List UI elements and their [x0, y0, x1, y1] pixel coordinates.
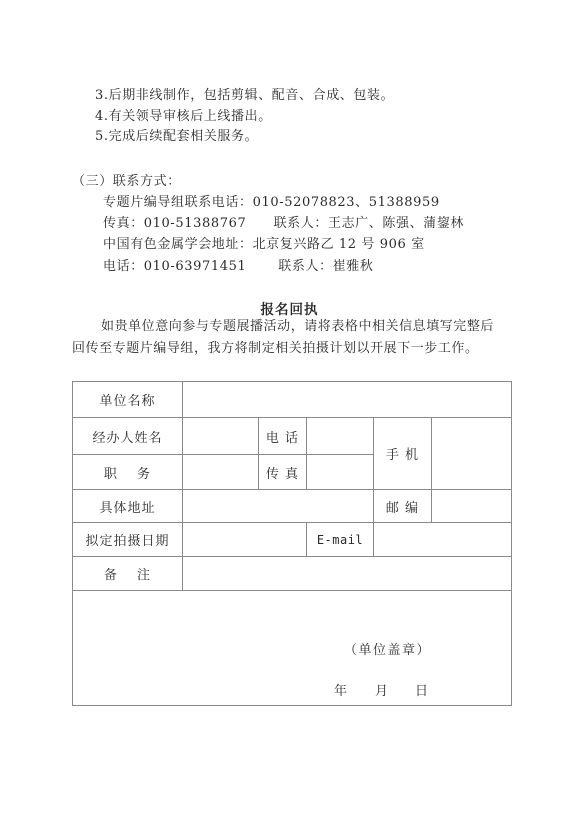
- registration-form-table: 单位名称 经办人姓名 电 话 手 机 职 务 传 真 具体地址 邮 编 拟定拍摄…: [72, 381, 512, 706]
- seal-area: [73, 591, 511, 705]
- mobile-field[interactable]: [432, 418, 511, 489]
- date-day-label: 日: [415, 684, 429, 700]
- contact-line-phone: 专题片编导组联系电话：010-52078823、51388959: [103, 195, 440, 211]
- label-email: E-mail: [307, 523, 373, 556]
- date-month-label: 月: [375, 684, 389, 700]
- receipt-title: 报名回执: [0, 298, 579, 318]
- remarks-field[interactable]: [183, 557, 511, 590]
- unit-name-field[interactable]: [183, 382, 511, 417]
- seal-label: （单位盖章）: [344, 643, 431, 659]
- step-5: 5.完成后续配套相关服务。: [95, 129, 258, 145]
- shoot-date-field[interactable]: [183, 523, 306, 556]
- label-unit-name: 单位名称: [73, 382, 182, 417]
- label-phone: 电 话: [259, 418, 306, 454]
- label-address: 具体地址: [73, 490, 182, 522]
- receipt-intro-line2: 回传至专题片编导组，我方将制定相关拍摄计划以开展下一步工作。: [72, 341, 479, 357]
- contact-heading: （三）联系方式：: [72, 174, 181, 190]
- phone-field[interactable]: [307, 418, 373, 454]
- address-field[interactable]: [183, 490, 373, 522]
- contact-line-address: 中国有色金属学会地址：北京复兴路乙 12 号 906 室: [103, 237, 425, 253]
- receipt-intro-line1: 如贵单位意向参与专题展播活动，请将表格中相关信息填写完整后: [101, 319, 494, 335]
- fax-field[interactable]: [307, 455, 373, 489]
- label-handler-name: 经办人姓名: [73, 418, 182, 454]
- email-field[interactable]: [374, 523, 511, 556]
- label-remarks: 备 注: [73, 557, 182, 590]
- step-4: 4.有关领导审核后上线播出。: [95, 109, 272, 125]
- label-shoot-date: 拟定拍摄日期: [73, 523, 182, 556]
- date-year-label: 年: [334, 684, 348, 700]
- contact-line-society-phone: 电话：010-63971451 联系人：崔雅秋: [103, 259, 374, 275]
- label-mobile: 手 机: [374, 418, 431, 489]
- label-fax: 传 真: [259, 455, 306, 489]
- label-postcode: 邮 编: [374, 490, 431, 522]
- step-3: 3.后期非线制作，包括剪辑、配音、合成、包装。: [95, 88, 394, 104]
- contact-line-fax: 传真：010-51388767 联系人：王志广、陈强、蒲鋆林: [103, 216, 464, 232]
- position-field[interactable]: [183, 455, 258, 489]
- label-position: 职 务: [73, 455, 182, 489]
- postcode-field[interactable]: [432, 490, 511, 522]
- handler-name-field[interactable]: [183, 418, 258, 454]
